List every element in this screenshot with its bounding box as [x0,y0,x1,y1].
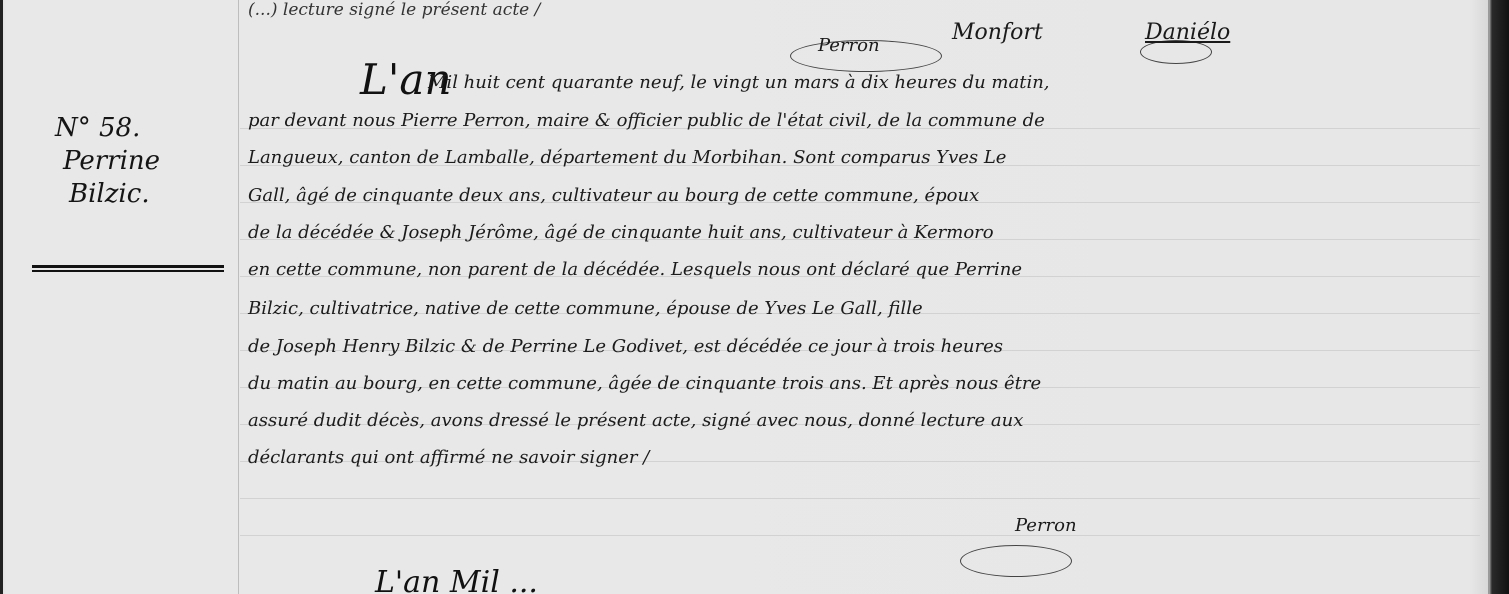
ruled-line [240,535,1480,536]
margin-rule [238,0,239,594]
ruled-line [240,498,1480,499]
previous-entry-tail: (...) lecture signé le présent acte / [248,0,540,20]
signature-perron-top: Perron [818,35,880,56]
deceased-first-name: Perrine [55,145,225,178]
entry-line: de la décédée & Joseph Jérôme, âgé de ci… [248,222,994,243]
page-right-edge [1488,0,1490,594]
deceased-surname: Bilzic. [55,178,225,211]
register-page: (...) lecture signé le présent acte / Pe… [0,0,1509,594]
margin-annotation: N° 58. Perrine Bilzic. [55,112,225,211]
entry-line: Mil huit cent quarante neuf, le vingt un… [428,72,1050,93]
next-entry-opening: L'an Mil ... [375,565,538,594]
page-binding-edge [0,0,3,594]
entry-line: déclarants qui ont affirmé ne savoir sig… [248,447,649,468]
entry-line: en cette commune, non parent de la décéd… [248,259,1022,280]
entry-line: Gall, âgé de cinquante deux ans, cultiva… [248,185,979,206]
signature-monfort: Monfort [952,20,1043,45]
entry-line: par devant nous Pierre Perron, maire & o… [248,110,1045,131]
entry-line: du matin au bourg, en cette commune, âgé… [248,373,1041,394]
signature-flourish [960,545,1072,577]
entry-line: assuré dudit décès, avons dressé le prés… [248,410,1023,431]
signature-danielo: Daniélo [1145,20,1230,45]
entry-line: Langueux, canton de Lamballe, départemen… [248,147,1006,168]
margin-double-rule [32,265,224,272]
signature-perron-bottom: Perron [1015,515,1077,536]
entry-number: N° 58. [55,112,225,145]
entry-line: Bilzic, cultivatrice, native de cette co… [248,298,923,319]
entry-line: de Joseph Henry Bilzic & de Perrine Le G… [248,336,1003,357]
